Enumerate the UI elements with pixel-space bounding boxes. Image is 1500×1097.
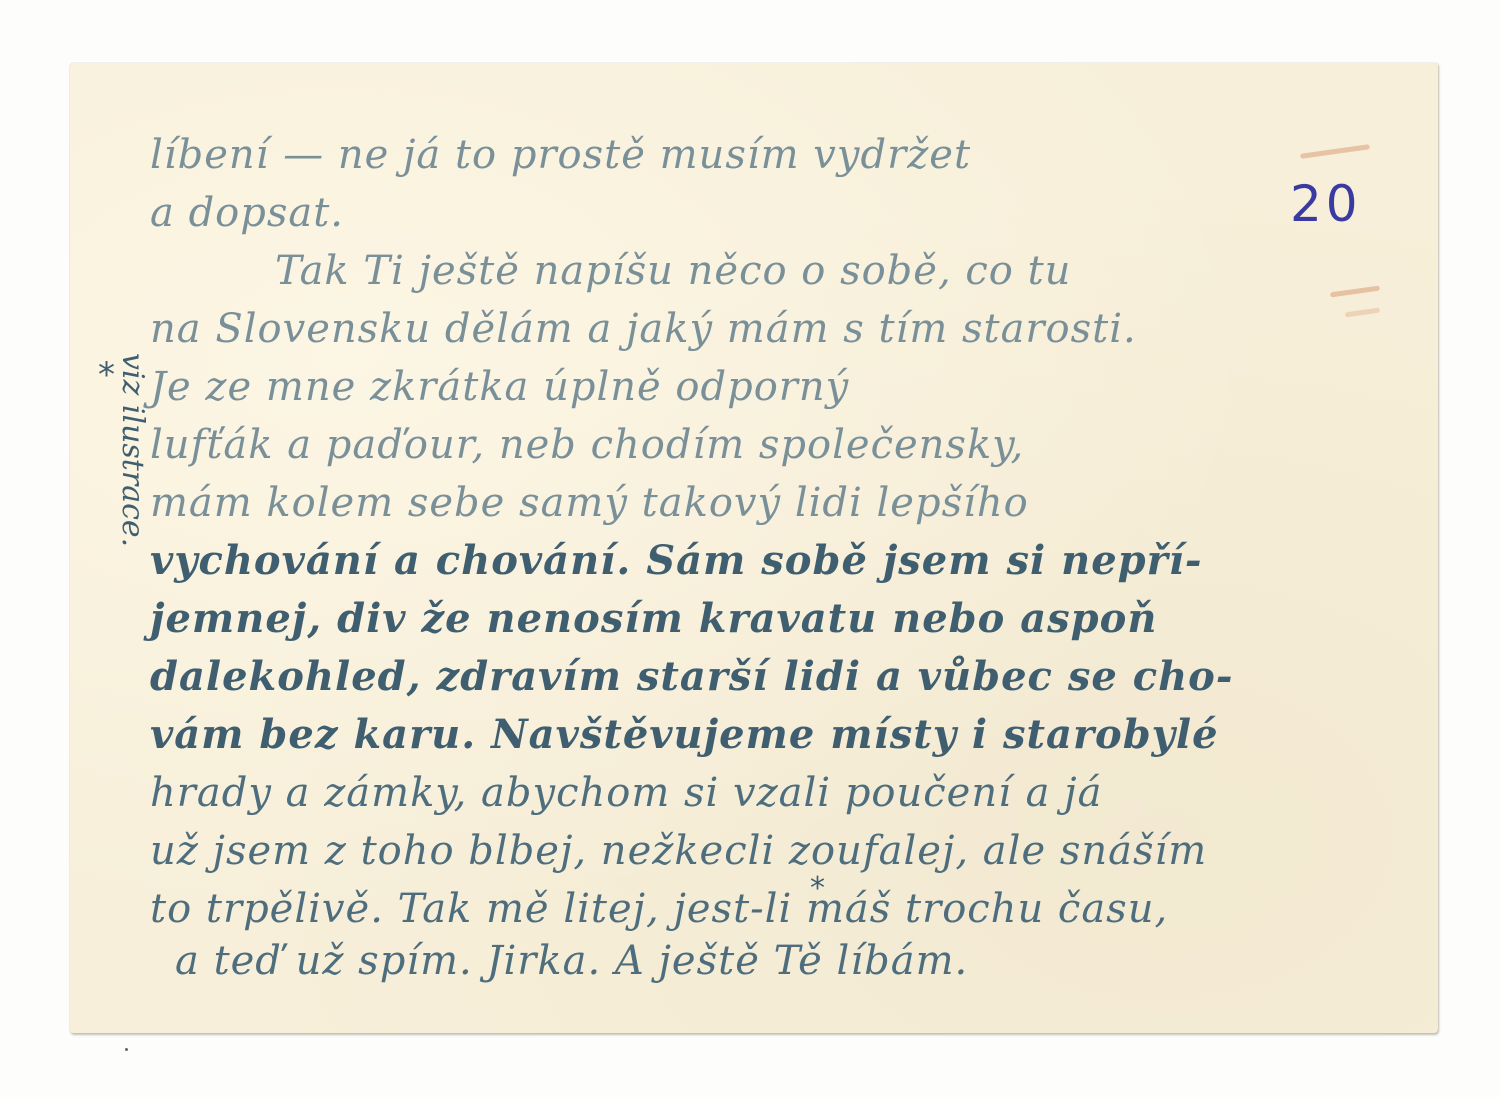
text-line: líbení — ne já to prostě musím vydržet <box>150 135 971 175</box>
rust-stain <box>1330 286 1380 298</box>
text-line: to trpělivě. Tak mě litej, jest-li máš t… <box>150 889 1168 929</box>
postcard: 20 * viz ilustrace. líbení — ne já to pr… <box>70 63 1438 1033</box>
text-line: vychování a chování. Sám sobě jsem si ne… <box>150 541 1203 581</box>
text-line: Tak Ti ještě napíšu něco o sobě, co tu <box>275 251 1071 291</box>
asterisk-icon: * <box>810 871 825 906</box>
dust-speck <box>125 1048 128 1051</box>
text-line: dalekohled, zdravím starší lidi a vůbec … <box>150 657 1233 697</box>
text-line: na Slovensku dělám a jaký mám s tím star… <box>150 309 1137 349</box>
rust-stain <box>1345 308 1380 318</box>
text-line: a dopsat. <box>150 193 344 233</box>
text-line: Je ze mne zkrátka úplně odporný <box>150 367 849 407</box>
text-line: jemnej, div že nenosím kravatu nebo aspo… <box>150 599 1157 639</box>
text-line: hrady a zámky, abychom si vzali poučení … <box>150 773 1102 813</box>
asterisk-icon: * <box>98 355 115 395</box>
text-line: už jsem z toho blbej, nežkecli zoufalej,… <box>150 831 1207 871</box>
margin-note: viz ilustrace. <box>115 353 150 547</box>
text-line: vám bez karu. Navštěvujeme místy i staro… <box>150 715 1219 755</box>
text-line: lufťák a paďour, neb chodím společensky, <box>150 425 1024 465</box>
page-number: 20 <box>1290 175 1362 233</box>
text-line: mám kolem sebe samý takový lidi lepšího <box>150 483 1029 523</box>
rust-stain <box>1300 144 1370 159</box>
text-line: a teď už spím. Jirka. A ještě Tě líbám. <box>175 941 968 981</box>
